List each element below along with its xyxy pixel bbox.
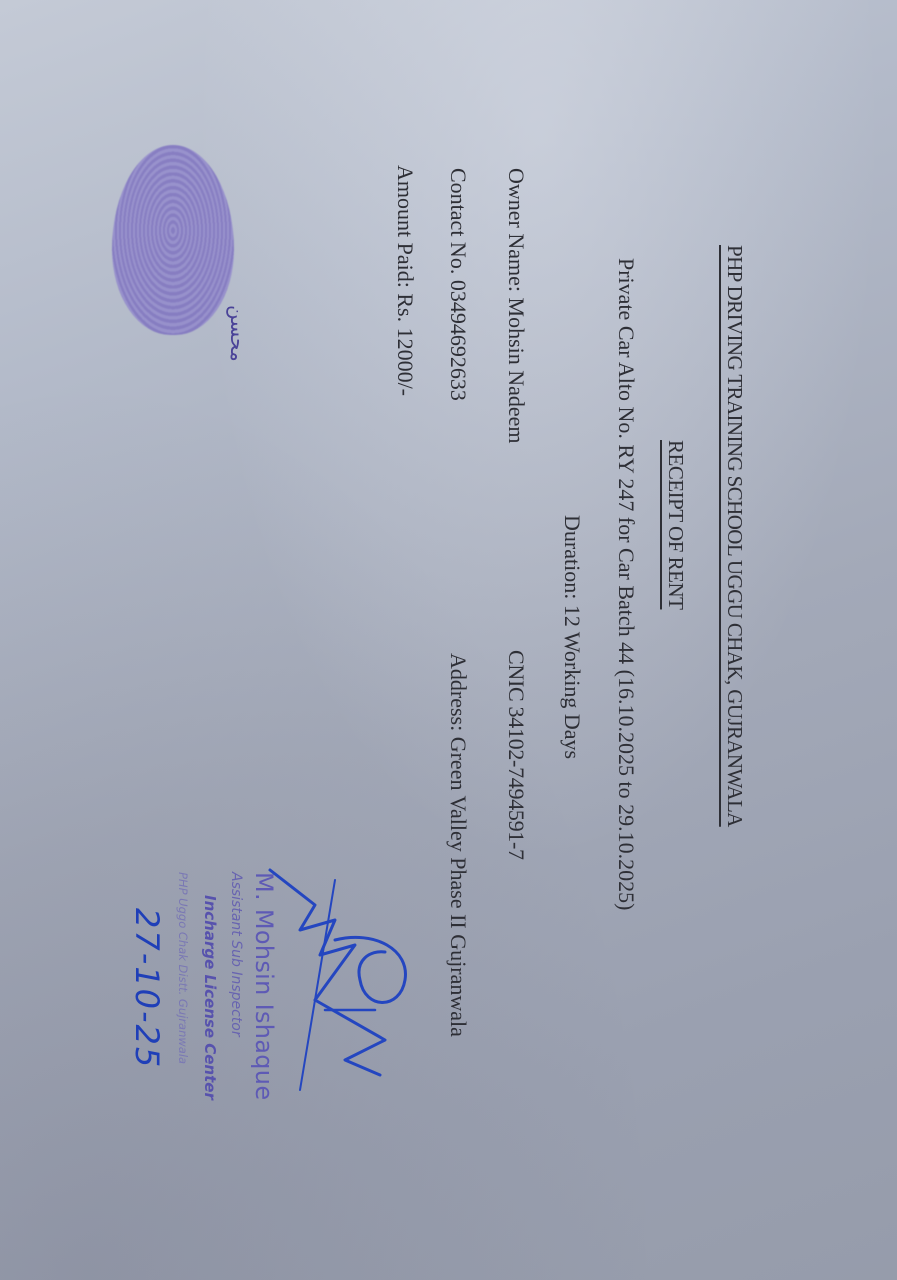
owner-name: Owner Name: Mohsin Nadeem (505, 168, 527, 444)
stamp-place: PHP Uggo Chak Distt. Gujranwala (176, 872, 190, 1064)
thumbprint-icon (112, 145, 234, 335)
vehicle-line: Private Car Alto No. RY 247 for Car Batc… (615, 258, 637, 910)
amount-paid: Amount Paid: Rs. 12000/- (394, 165, 416, 396)
stamp-center: Incharge License Center (201, 895, 219, 1100)
contact-number: Contact No. 03494692633 (447, 168, 469, 401)
stamp-officer-name: M. Mohsin Ishaque (250, 872, 278, 1100)
owner-cnic: CNIC 34102-7494591-7 (505, 650, 527, 860)
receipt-heading: RECEIPT OF RENT (665, 440, 686, 609)
duration-line: Duration: 12 Working Days (561, 515, 583, 759)
stamp-designation: Assistant Sub Inspector (228, 872, 244, 1037)
owner-signature: محسن (226, 305, 250, 362)
school-title: PHP DRIVING TRAINING SCHOOL UGGU CHAK, G… (724, 245, 745, 827)
officer-signature-icon (275, 860, 415, 1090)
handwritten-date: 27-10-25 (128, 908, 166, 1069)
owner-address: Address: Green Valley Phase II Gujranwal… (447, 653, 469, 1037)
